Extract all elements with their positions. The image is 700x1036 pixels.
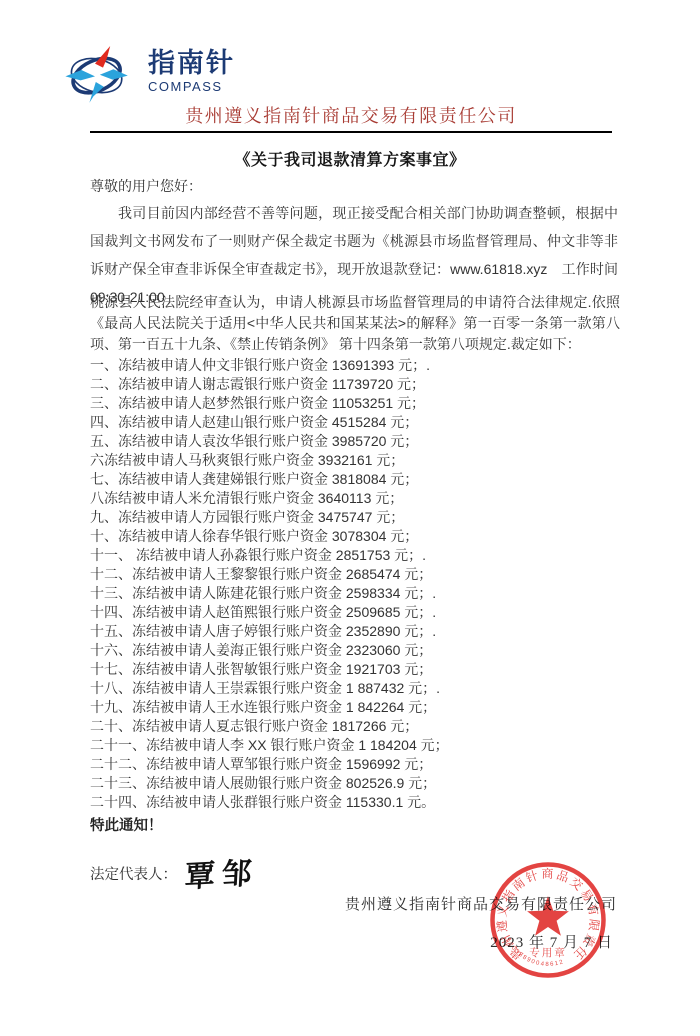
seal-star-icon [527,896,569,936]
refund-registration-url: www.61818.xyz [450,261,547,277]
frozen-account-line: 一、冻结被申请人仲文非银行账户资金 13691393 元；. [90,356,635,375]
frozen-account-line: 十四、冻结被申请人赵笛熙银行账户资金 2509685 元；. [90,603,635,622]
frozen-account-line: 二十一、冻结被申请人李 XX 银行账户资金 1 184204 元； [90,736,635,755]
frozen-account-line: 十一、 冻结被申请人孙淼银行账户资金 2851753 元；. [90,546,635,565]
company-seal-stamp: 贵州遵义指南针商品交易有限责任公司 专用章 52038890048612 [488,860,608,980]
frozen-account-line: 二十三、冻结被申请人展勋银行账户资金 802526.9 元； [90,774,635,793]
frozen-account-line: 十五、冻结被申请人唐子婷银行账户资金 2352890 元；. [90,622,635,641]
frozen-account-line: 九、冻结被申请人方园银行账户资金 3475747 元； [90,508,635,527]
paragraph-ruling: 桃源县人民法院经审查认为，申请人桃源县市场监督管理局的申请符合法律规定.依照《最… [90,292,620,355]
frozen-account-line: 七、冻结被申请人龚建娣银行账户资金 3818084 元； [90,470,635,489]
frozen-account-line: 十二、冻结被申请人王黎黎银行账户资金 2685474 元； [90,565,635,584]
greeting: 尊敬的用户您好： [90,176,202,196]
document-page: 指南针 COMPASS 贵州遵义指南针商品交易有限责任公司 《关于我司退款清算方… [0,0,700,1036]
compass-logo-icon [62,42,144,106]
header-company-name: 贵州遵义指南针商品交易有限责任公司 [90,102,612,133]
seal-bottom-text: 专用章 [529,946,567,959]
legal-representative-signature: 覃邹 [184,848,260,896]
frozen-account-line: 六冻结被申请人马秋爽银行账户资金 3932161 元； [90,451,635,470]
legal-representative-row: 法定代表人：覃邹 [90,850,259,894]
document-title: 《关于我司退款清算方案事宜》 [0,147,700,170]
frozen-account-line: 三、冻结被申请人赵梦然银行账户资金 11053251 元； [90,394,635,413]
frozen-accounts-list: 一、冻结被申请人仲文非银行账户资金 13691393 元；.二、冻结被申请人谢志… [90,356,635,812]
logo-wordmark: 指南针 COMPASS [148,50,235,93]
company-logo: 指南针 COMPASS [62,42,235,106]
frozen-account-line: 十九、冻结被申请人王水连银行账户资金 1 842264 元； [90,698,635,717]
closing-note: 特此通知！ [90,814,163,835]
frozen-account-line: 十三、冻结被申请人陈建花银行账户资金 2598334 元；. [90,584,635,603]
frozen-account-line: 五、冻结被申请人袁汝华银行账户资金 3985720 元； [90,432,635,451]
frozen-account-line: 十八、冻结被申请人王崇霖银行账户资金 1 887432 元；. [90,679,635,698]
frozen-account-line: 十七、冻结被申请人张智敏银行账户资金 1921703 元； [90,660,635,679]
frozen-account-line: 十六、冻结被申请人姜海正银行账户资金 2323060 元； [90,641,635,660]
frozen-account-line: 二十四、冻结被申请人张群银行账户资金 115330.1 元。 [90,793,635,812]
frozen-account-line: 四、冻结被申请人赵建山银行账户资金 4515284 元； [90,413,635,432]
legal-representative-label: 法定代表人： [90,867,177,883]
logo-brand-en: COMPASS [148,80,235,93]
frozen-account-line: 十、冻结被申请人徐春华银行账户资金 3078304 元； [90,527,635,546]
frozen-account-line: 二十二、冻结被申请人覃邹银行账户资金 1596992 元； [90,755,635,774]
frozen-account-line: 二十、冻结被申请人夏志银行账户资金 1817266 元； [90,717,635,736]
frozen-account-line: 二、冻结被申请人谢志霞银行账户资金 11739720 元； [90,375,635,394]
frozen-account-line: 八冻结被申请人米允清银行账户资金 3640113 元； [90,489,635,508]
logo-brand-cn: 指南针 [148,50,235,77]
